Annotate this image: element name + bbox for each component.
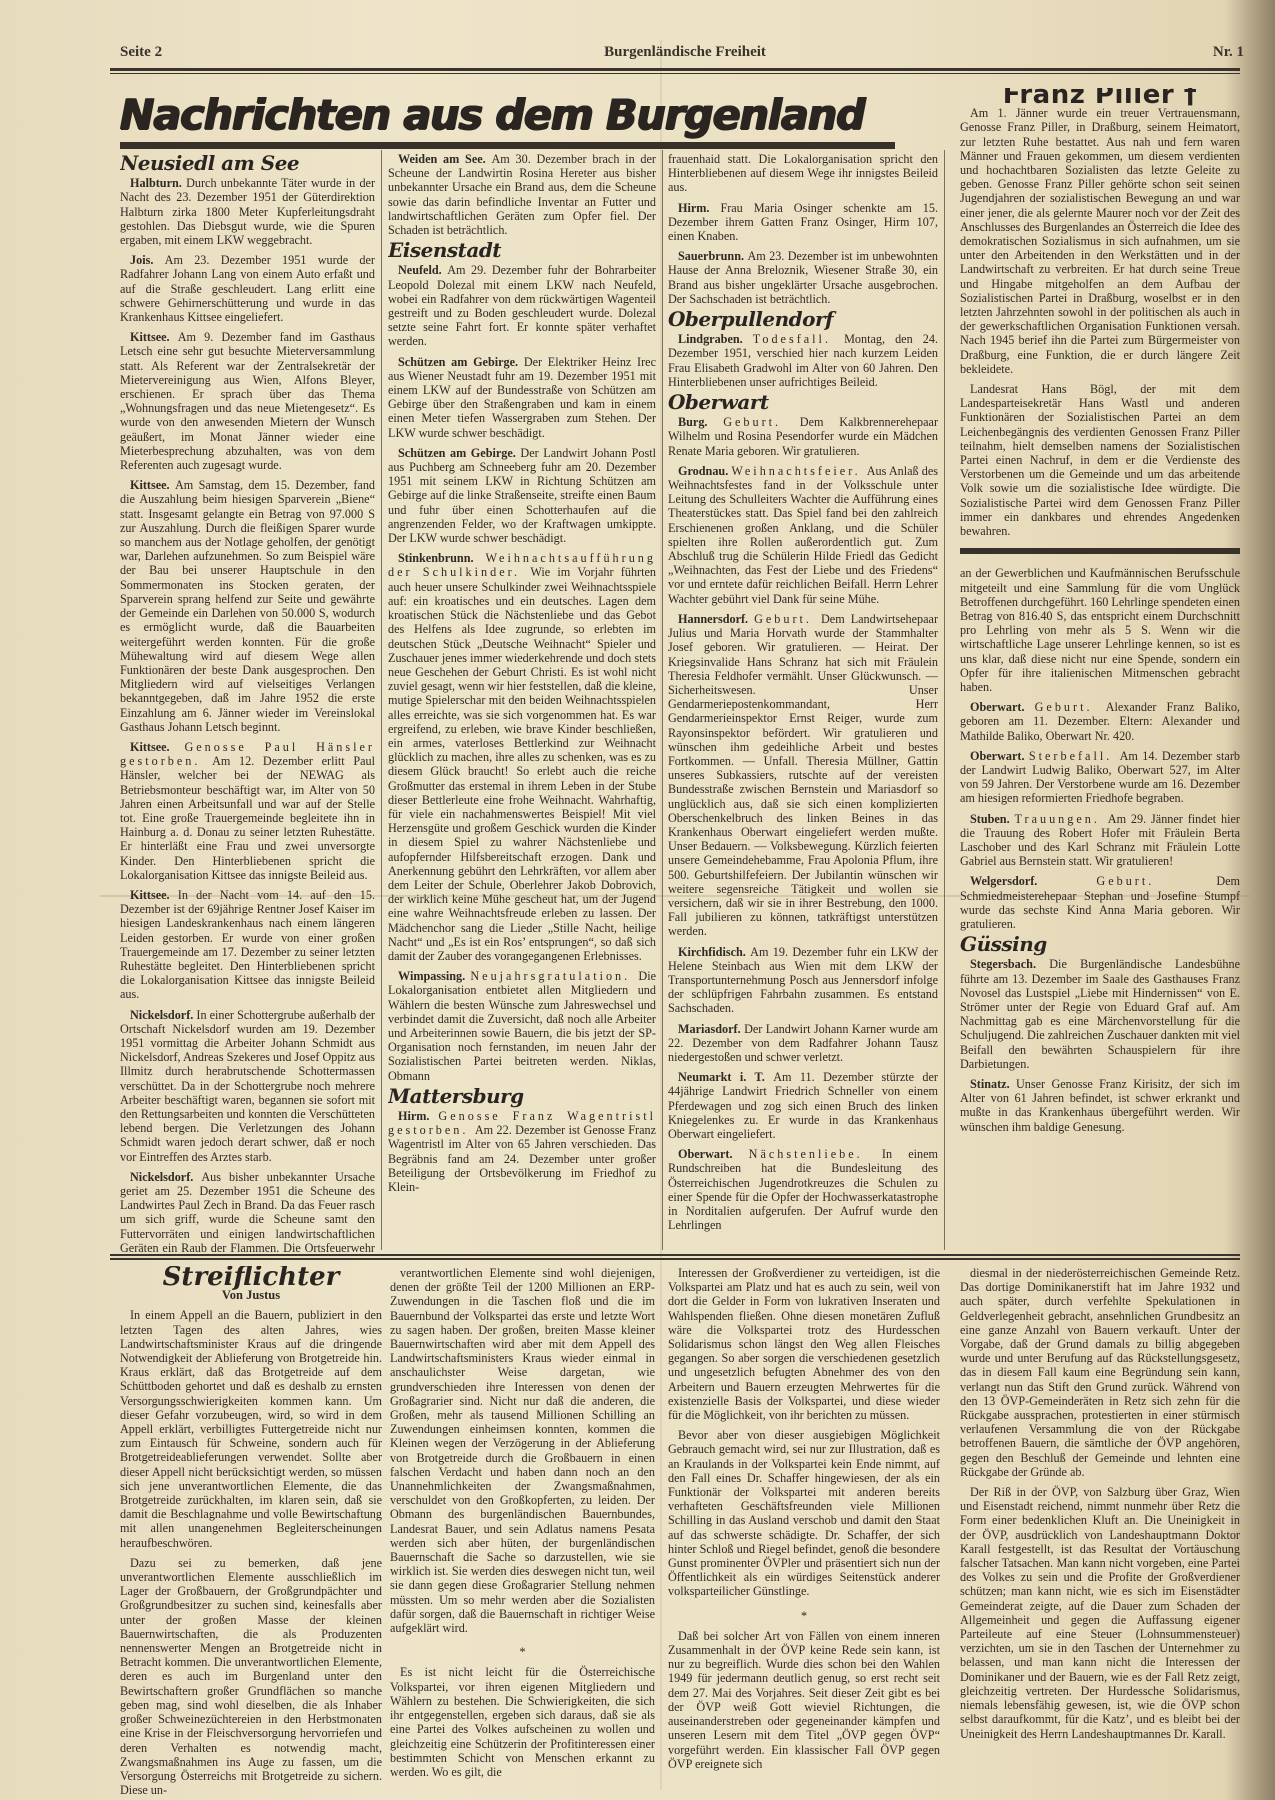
- place-name: Kittsee.: [130, 478, 175, 492]
- section-separator: [110, 1254, 1240, 1260]
- column-oberpullendorf-oberwart: frauenhaid statt. Die Lokalorganisation …: [668, 152, 938, 1252]
- item-subject: Weihnachtsfeier.: [731, 464, 866, 478]
- column-rule: [662, 150, 663, 1250]
- item-subject: Neujahrsgratulation.: [470, 969, 638, 983]
- streiflichter-col-4: diesmal in der niederösterreichischen Ge…: [960, 1266, 1240, 1796]
- place-name: Nickelsdorf.: [130, 1008, 196, 1022]
- place-name: Welgersdorf.: [970, 874, 1096, 888]
- paper-name: Burgenländische Freiheit: [120, 44, 1250, 61]
- item-subject: Geburt.: [754, 612, 821, 626]
- item-subject: Trauungen.: [1015, 812, 1108, 826]
- place-name: Stinatz.: [970, 1077, 1016, 1091]
- place-name: Neumarkt i. T.: [678, 1070, 773, 1084]
- column-eisenstadt: Weiden am See. Am 30. Dezember brach in …: [388, 152, 656, 1252]
- news-item: Weiden am See. Am 30. Dezember brach in …: [388, 152, 656, 237]
- issue-number: Nr. 1: [1213, 44, 1244, 61]
- section-asterisk: *: [668, 1609, 940, 1623]
- news-item: Schützen am Gebirge. Der Elektriker Hein…: [388, 355, 656, 440]
- place-name: Wimpassing.: [398, 969, 470, 983]
- paragraph: Dazu sei zu bemerken, daß jene unverantw…: [120, 1556, 382, 1796]
- place-name: Burg.: [678, 415, 723, 429]
- place-name: Stegersbach.: [970, 957, 1049, 971]
- item-text: In der Nacht vom 14. auf den 15. Dezembe…: [120, 888, 375, 1001]
- place-name: Grodnau.: [678, 464, 731, 478]
- item-subject: Geburt.: [1035, 700, 1106, 714]
- column-rule: [944, 150, 945, 1250]
- newspaper-page: Seite 2 Burgenländische Freiheit Nr. 1 N…: [0, 0, 1275, 1800]
- news-item: Burg. Geburt. Dem Kalkbrennerehepaar Wil…: [668, 415, 938, 458]
- news-item: Sauerbrunn. Am 23. Dezember ist im unbew…: [668, 249, 938, 306]
- news-item: Hannersdorf. Geburt. Dem Landwirtsehepaa…: [668, 612, 938, 939]
- section-asterisk: *: [390, 1645, 655, 1659]
- news-item: Hirm. Frau Maria Osinger schenkte am 15.…: [668, 201, 938, 244]
- item-text: an der Gewerblichen und Kaufmännischen B…: [960, 566, 1240, 694]
- place-name: Kittsee.: [130, 330, 178, 344]
- item-text: Aus Anlaß des Weihnachtsfestes fand in d…: [668, 464, 938, 606]
- place-name: Stinkenbrunn.: [398, 551, 486, 565]
- news-item: Wimpassing. Neujahrsgratulation. Die Lok…: [388, 969, 656, 1083]
- news-item: Neufeld. Am 29. Dezember fuhr der Bohrar…: [388, 263, 656, 348]
- place-name: Kittsee.: [130, 888, 178, 902]
- item-subject: Geburt.: [723, 415, 800, 429]
- place-name: Kittsee.: [130, 740, 184, 754]
- place-name: Oberwart.: [970, 749, 1029, 763]
- news-item: Oberwart. Sterbefall. Am 14. Dezember st…: [960, 749, 1240, 806]
- section-masthead: Nachrichten aus dem Burgenland: [120, 90, 884, 140]
- place-name: Hirm.: [398, 1109, 438, 1123]
- masthead-rule: [120, 142, 895, 149]
- place-name: Hirm.: [678, 201, 720, 215]
- item-text: Dem Landwirtsehepaar Julius und Maria Ho…: [668, 612, 938, 938]
- news-item: Schützen am Gebirge. Der Landwirt Johann…: [388, 446, 656, 545]
- paragraph: Interessen der Großverdiener zu verteidi…: [668, 1266, 940, 1422]
- streiflichter-col-2: verantwortlichen Elemente sind wohl diej…: [390, 1266, 655, 1796]
- paragraph: In einem Appell an die Bauern, publizier…: [120, 1308, 382, 1549]
- paragraph: Der Riß in der ÖVP, von Salzburg über Gr…: [960, 1485, 1240, 1741]
- section-rule: [960, 548, 1240, 554]
- news-item: Stinatz. Unser Genosse Franz Kirisitz, d…: [960, 1077, 1240, 1134]
- news-item: Kittsee. Genosse Paul Hänsler gestorben.…: [120, 740, 375, 882]
- news-item: frauenhaid statt. Die Lokalorganisation …: [668, 152, 938, 195]
- item-subject: Sterbefall.: [1029, 749, 1120, 763]
- place-name: Stuben.: [970, 812, 1015, 826]
- section-heading: Oberpullendorf: [668, 312, 938, 326]
- news-item: Hirm. Genosse Franz Wagentristl gestorbe…: [388, 1109, 656, 1194]
- news-item: Mariasdorf. Der Landwirt Johann Karner w…: [668, 1022, 938, 1065]
- news-item: Stinkenbrunn. Weihnachtsaufführung der S…: [388, 551, 656, 963]
- paragraph: Bevor aber von dieser ausgiebigen Möglic…: [668, 1428, 940, 1598]
- news-item: Jois. Am 23. Dezember 1951 wurde der Rad…: [120, 253, 375, 324]
- place-name: Nickelsdorf.: [130, 1170, 201, 1184]
- news-item: Nickelsdorf. In einer Schottergrube auße…: [120, 1008, 375, 1164]
- place-name: Schützen am Gebirge.: [398, 446, 520, 460]
- news-item: Halbturn. Durch unbekannte Täter wurde i…: [120, 176, 375, 247]
- news-item: Nickelsdorf. Aus bisher unbekannter Ursa…: [120, 1170, 375, 1252]
- place-name: Oberwart.: [970, 700, 1035, 714]
- section-heading: Mattersburg: [388, 1089, 656, 1103]
- news-item: Kittsee. In der Nacht vom 14. auf den 15…: [120, 888, 375, 1002]
- place-name: Kirchfidisch.: [678, 945, 750, 959]
- news-item: Neumarkt i. T. Am 11. Dezember stürzte d…: [668, 1070, 938, 1141]
- news-item: Oberwart. Nächstenliebe. In einem Rundsc…: [668, 1147, 938, 1232]
- item-text: Am 12. Dezember erlitt Paul Hänsler, wel…: [120, 754, 375, 882]
- paragraph: Landesrat Hans Bögl, der mit dem Landesp…: [960, 382, 1240, 538]
- column-obituary-guessing: Franz Piller † Am 1. Jänner wurde ein tr…: [960, 88, 1240, 1252]
- section-heading: Güssing: [960, 937, 1240, 951]
- news-item: Grodnau. Weihnachtsfeier. Aus Anlaß des …: [668, 464, 938, 606]
- news-item: Oberwart. Geburt. Alexander Franz Baliko…: [960, 700, 1240, 743]
- streiflichter-col-1: Streiflichter Von Justus In einem Appell…: [120, 1266, 382, 1796]
- news-item: Stegersbach. Die Burgenländische Landesb…: [960, 957, 1240, 1071]
- item-subject: Nächstenliebe.: [749, 1147, 882, 1161]
- place-name: Hannersdorf.: [678, 612, 754, 626]
- streiflichter-col-3: Interessen der Großverdiener zu verteidi…: [668, 1266, 940, 1796]
- news-item: Kittsee. Am 9. Dezember fand im Gasthaus…: [120, 330, 375, 472]
- item-text: Am 9. Dezember fand im Gasthaus Letsch e…: [120, 330, 375, 472]
- paragraph: Daß bei solcher Art von Fällen von einem…: [668, 1629, 940, 1771]
- item-subject: Todesfall.: [753, 332, 844, 346]
- item-text: Die Lokalorganisation entbietet allen Mi…: [388, 969, 656, 1082]
- paragraph: verantwortlichen Elemente sind wohl diej…: [390, 1266, 655, 1635]
- news-item: Kittsee. Am Samstag, dem 15. Dezember, f…: [120, 478, 375, 734]
- news-item: Lindgraben. Todesfall. Montag, den 24. D…: [668, 332, 938, 389]
- section-heading: Oberwart: [668, 395, 938, 409]
- paragraph: diesmal in der niederösterreichischen Ge…: [960, 1266, 1240, 1479]
- place-name: Halbturn.: [130, 176, 186, 190]
- place-name: Neufeld.: [398, 263, 447, 277]
- running-header: Seite 2 Burgenländische Freiheit Nr. 1: [120, 44, 1250, 68]
- news-item: Stuben. Trauungen. Am 29. Jänner findet …: [960, 812, 1240, 869]
- header-rule: [110, 68, 1240, 74]
- item-text: In einer Schottergrube außerhalb der Ort…: [120, 1008, 375, 1164]
- place-name: Schützen am Gebirge.: [398, 355, 524, 369]
- item-subject: Geburt.: [1096, 874, 1216, 888]
- place-name: Lindgraben.: [678, 332, 753, 346]
- item-text: frauenhaid statt. Die Lokalorganisation …: [668, 152, 938, 194]
- place-name: Oberwart.: [678, 1147, 749, 1161]
- place-name: Jois.: [130, 253, 165, 267]
- paragraph: Es ist nicht leicht für die Österreichis…: [390, 1665, 655, 1779]
- place-name: Sauerbrunn.: [678, 249, 747, 263]
- item-text: Wie im Vorjahr führten auch heuer unsere…: [388, 565, 656, 962]
- obituary-heading: Franz Piller †: [960, 88, 1240, 102]
- place-name: Mariasdorf.: [678, 1022, 744, 1036]
- column-neusiedl: Neusiedl am See Halbturn. Durch unbekann…: [120, 152, 375, 1252]
- byline: Von Justus: [120, 1288, 382, 1302]
- place-name: Weiden am See.: [398, 152, 491, 166]
- item-text: Am Samstag, dem 15. Dezember, fand die A…: [120, 478, 375, 733]
- news-item: Kirchfidisch. Am 19. Dezember fuhr ein L…: [668, 945, 938, 1016]
- streiflichter-title: Streiflichter: [120, 1270, 382, 1284]
- item-text: Der Landwirt Johann Postl aus Puchberg a…: [388, 446, 656, 545]
- section-heading: Neusiedl am See: [120, 156, 375, 170]
- column-rule: [381, 150, 382, 1250]
- news-item: an der Gewerblichen und Kaufmännischen B…: [960, 566, 1240, 694]
- section-heading: Eisenstadt: [388, 243, 656, 257]
- news-item: Welgersdorf. Geburt. Dem Schmiedmeistere…: [960, 874, 1240, 931]
- paragraph: Am 1. Jänner wurde ein treuer Vertrauens…: [960, 106, 1240, 376]
- item-text: Die Burgenländische Landesbühne führte a…: [960, 957, 1240, 1070]
